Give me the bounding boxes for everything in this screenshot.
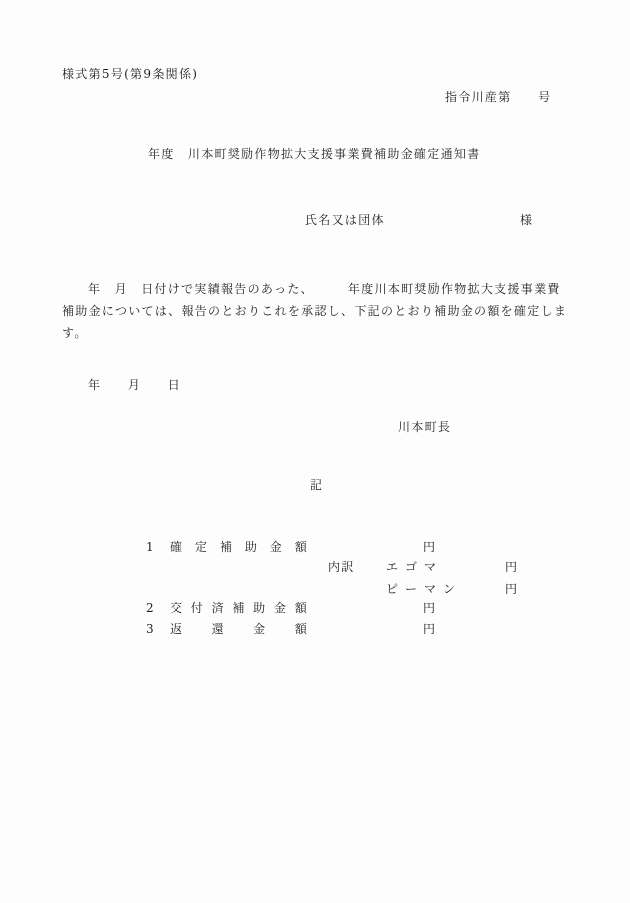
item-3-label: 返 還 金 額 xyxy=(170,621,308,637)
body-paragraph-line-2: 補助金については、報告のとおりこれを承認し、下記のとおり補助金の額を確定しま xyxy=(62,303,567,319)
item-1-label: 確 定 補 助 金 額 xyxy=(170,539,308,555)
form-number: 様式第5号(第9条関係) xyxy=(62,66,198,82)
item-3-number: 3 xyxy=(146,621,155,637)
breakdown-item-unit: 円 xyxy=(505,559,518,575)
breakdown-item-unit: 円 xyxy=(505,581,518,597)
item-1-unit: 円 xyxy=(423,539,436,555)
item-2-number: 2 xyxy=(146,600,155,616)
document-title: 年度 川本町奨励作物拡大支援事業費補助金確定通知書 xyxy=(148,146,481,162)
signer-title: 川本町長 xyxy=(398,419,451,435)
item-3-unit: 円 xyxy=(423,621,436,637)
breakdown-label: 内訳 xyxy=(328,559,355,575)
breakdown-item-name-egoma: エ ゴ マ xyxy=(386,559,438,575)
item-1-number: 1 xyxy=(146,539,155,555)
date-placeholder: 年 月 日 xyxy=(88,377,181,393)
reference-number: 指令川産第 号 xyxy=(445,89,551,105)
body-paragraph-line-1: 年 月 日付けで実績報告のあった、 年度川本町奨励作物拡大支援事業費 xyxy=(88,281,561,297)
body-paragraph-line-3: す。 xyxy=(62,325,88,341)
addressee-label: 氏名又は団体 xyxy=(305,212,385,228)
item-2-unit: 円 xyxy=(423,600,436,616)
document-page: 様式第5号(第9条関係) 指令川産第 号 年度 川本町奨励作物拡大支援事業費補助… xyxy=(0,0,630,903)
record-heading: 記 xyxy=(310,477,323,493)
breakdown-item-name-piiman: ピ ー マ ン xyxy=(386,581,457,597)
item-2-label: 交 付 済 補 助 金 額 xyxy=(170,600,308,616)
addressee-honorific: 様 xyxy=(520,212,533,228)
